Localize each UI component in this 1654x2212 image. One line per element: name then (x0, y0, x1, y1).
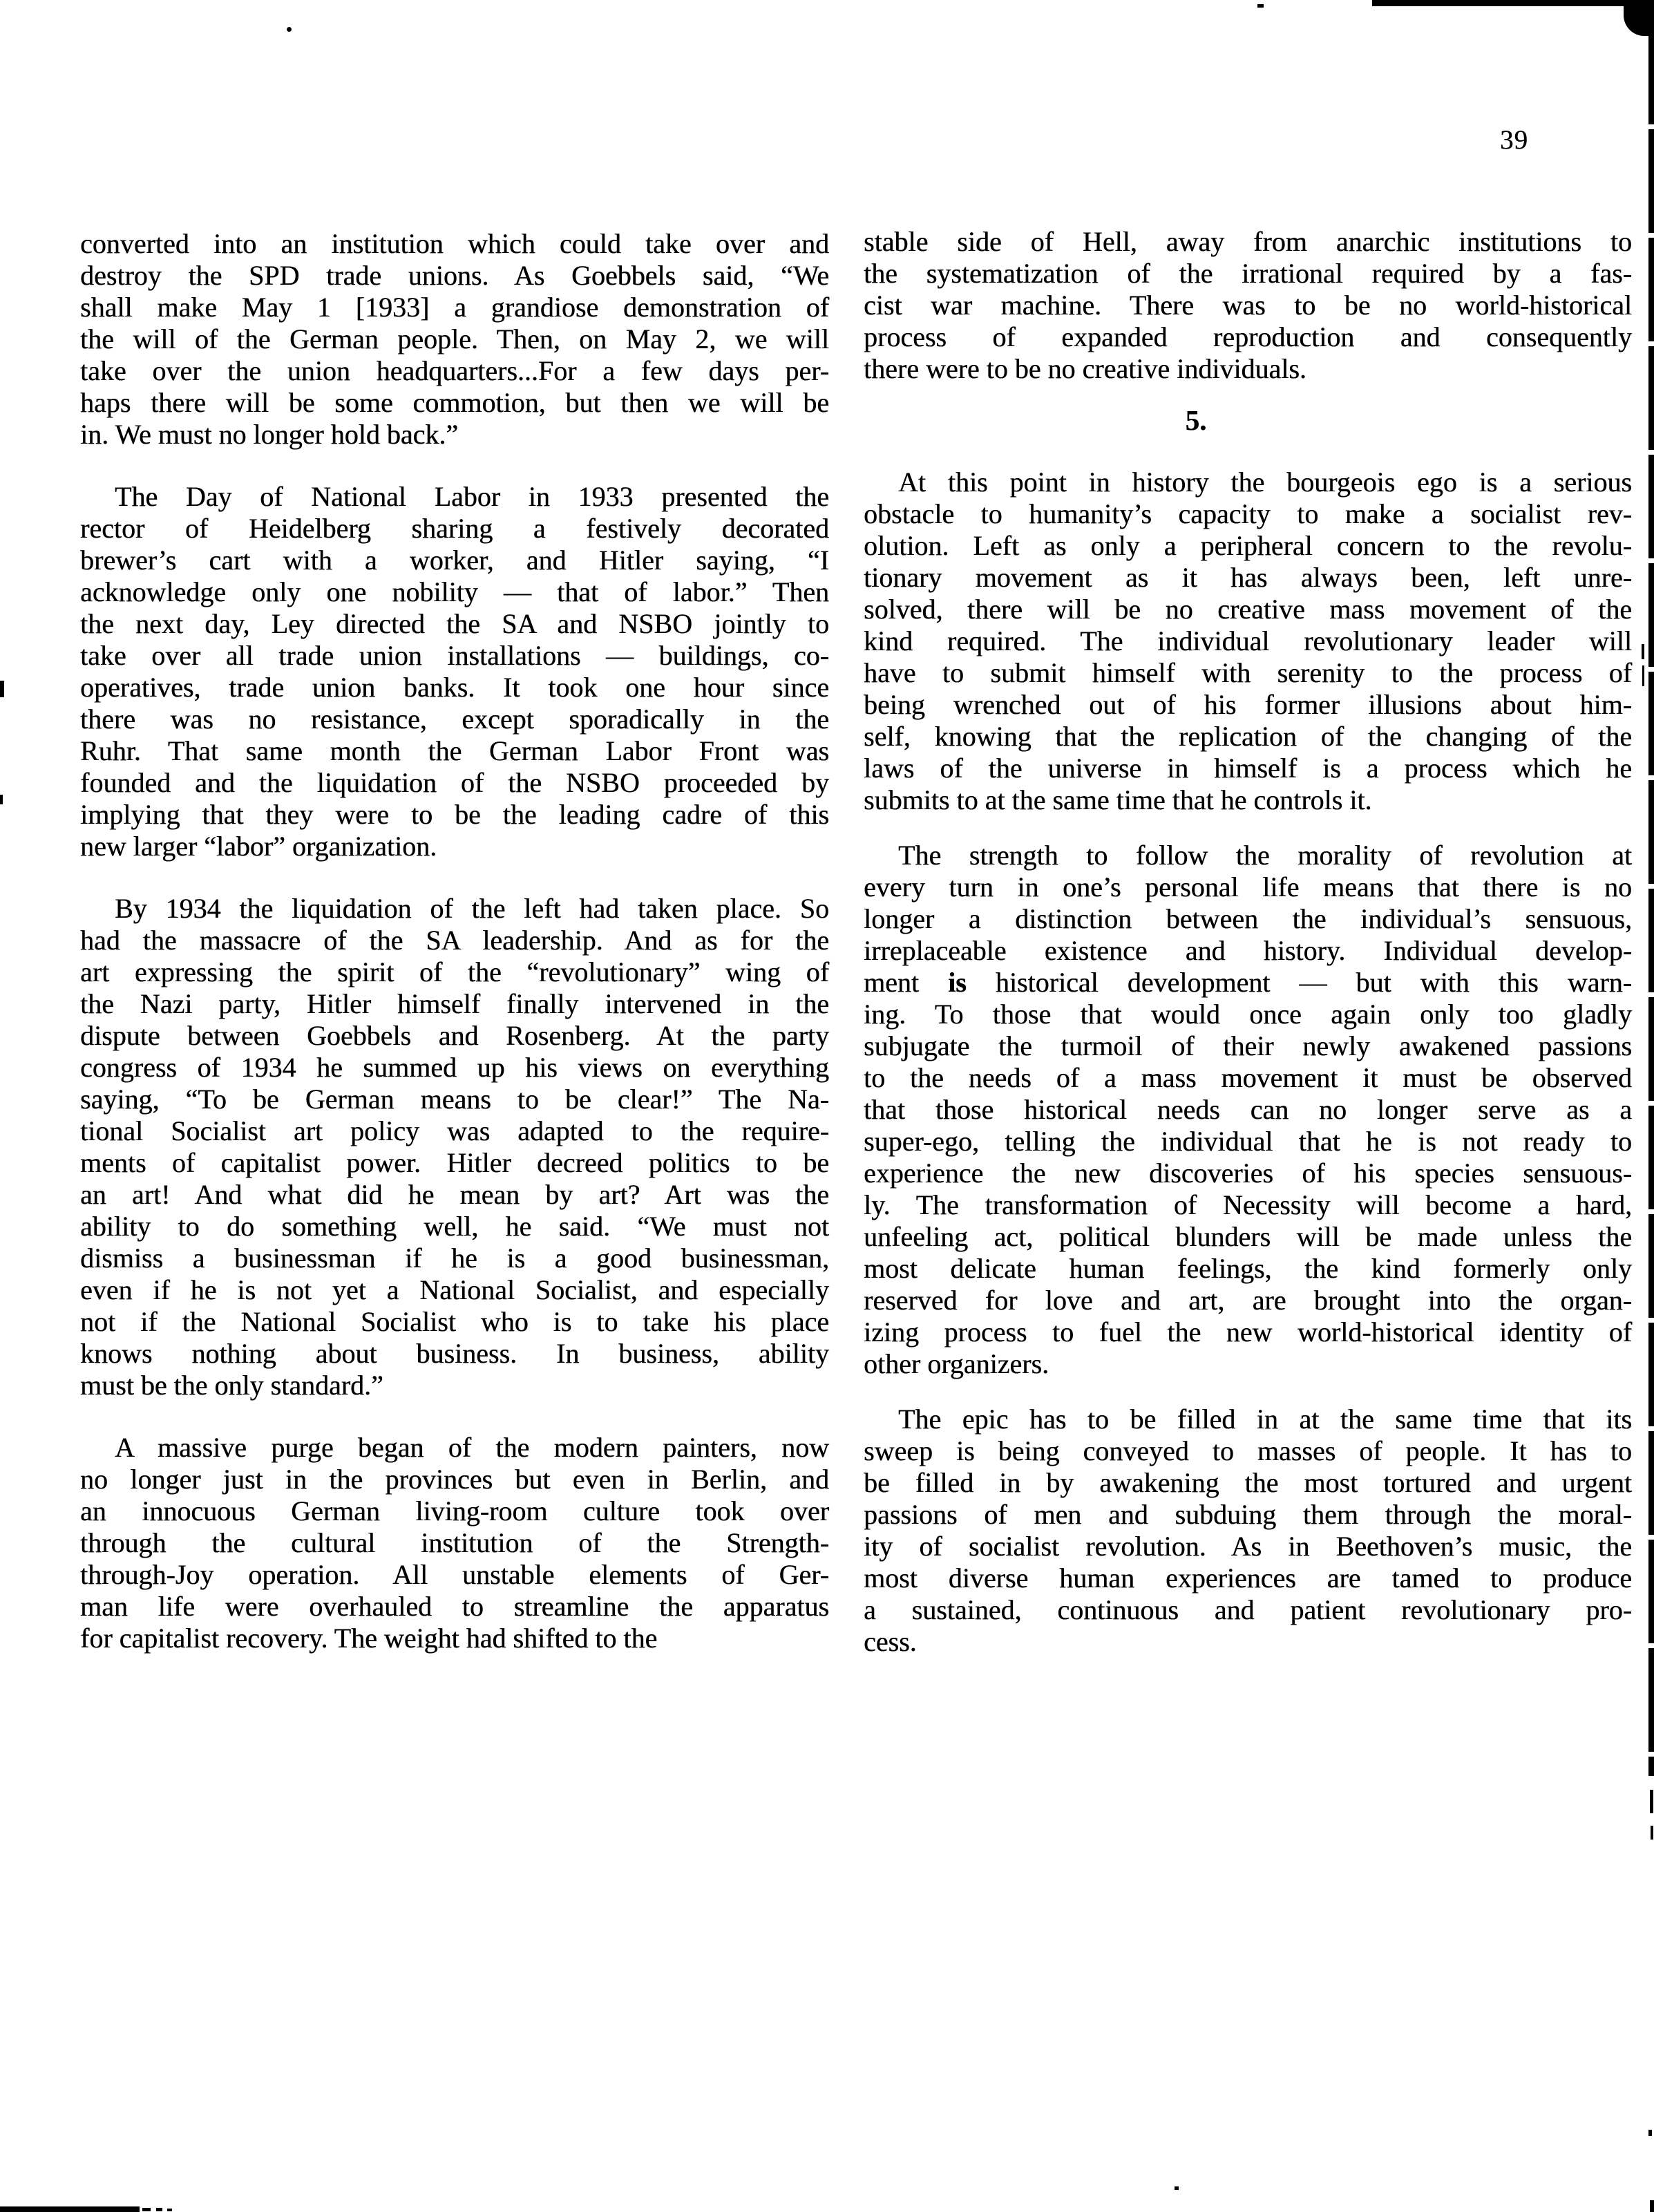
page-number: 39 (1465, 126, 1528, 154)
text-line: to the needs of a mass movement it must … (864, 1062, 1632, 1094)
text-line: submits to at the same time that he cont… (864, 784, 1632, 816)
scan-right-edge-speck (1648, 2130, 1652, 2136)
column-left: converted into an institution which coul… (80, 228, 829, 1654)
text-line: kind required. The individual revolution… (864, 625, 1632, 657)
text-line: not if the National Socialist who is to … (80, 1306, 829, 1338)
scan-speck (1175, 2186, 1179, 2190)
text-line: new larger “labor” organization. (80, 831, 829, 862)
bold-text-segment: is (948, 967, 967, 998)
text-line: being wrenched out of his former illusio… (864, 689, 1632, 721)
paragraph: stable side of Hell, away from anarchic … (864, 226, 1632, 385)
text-line: cist war machine. There was to be no wor… (864, 290, 1632, 321)
text-line: obstacle to humanity’s capacity to make … (864, 498, 1632, 530)
text-line: brewer’s cart with a worker, and Hitler … (80, 545, 829, 576)
text-line: congress of 1934 he summed up his views … (80, 1052, 829, 1084)
text-line: ing. To those that would once again only… (864, 999, 1632, 1030)
scan-right-edge-strip (1648, 21, 1654, 1776)
text-line: By 1934 the liquidation of the left had … (80, 893, 829, 925)
text-line: dispute between Goebbels and Rosenberg. … (80, 1020, 829, 1052)
text-line: dismiss a businessman if he is a good bu… (80, 1242, 829, 1274)
text-line: most delicate human feelings, the kind f… (864, 1253, 1632, 1285)
section-heading: 5. (864, 404, 1528, 436)
paragraph: A massive purge began of the modern pain… (80, 1432, 829, 1654)
text-line: tional Socialist art policy was adapted … (80, 1115, 829, 1147)
paragraph: The strength to follow the morality of r… (864, 840, 1632, 1380)
text-line: art expressing the spirit of the “revolu… (80, 956, 829, 988)
text-line: rector of Heidelberg sharing a festively… (80, 513, 829, 545)
text-line: operatives, trade union banks. It took o… (80, 672, 829, 703)
column-right-bottom: At this point in history the bourgeois e… (864, 466, 1632, 1658)
text-segment: historical development — but with this w… (967, 967, 1632, 998)
text-line: subjugate the turmoil of their newly awa… (864, 1030, 1632, 1062)
text-line: most diverse human experiences are tamed… (864, 1562, 1632, 1594)
paragraph: By 1934 the liquidation of the left had … (80, 893, 829, 1401)
text-line: reserved for love and art, are brought i… (864, 1285, 1632, 1316)
text-line: converted into an institution which coul… (80, 228, 829, 260)
text-line: an art! And what did he mean by art? Art… (80, 1179, 829, 1211)
text-line: the will of the German people. Then, on … (80, 323, 829, 355)
text-line: a sustained, continuous and patient revo… (864, 1594, 1632, 1626)
text-line: man life were overhauled to streamline t… (80, 1591, 829, 1623)
text-line: experience the new discoveries of his sp… (864, 1157, 1632, 1189)
text-line: other organizers. (864, 1348, 1632, 1380)
text-line: no longer just in the provinces but even… (80, 1464, 829, 1495)
text-line: even if he is not yet a National Sociali… (80, 1274, 829, 1306)
text-line: the next day, Ley directed the SA and NS… (80, 608, 829, 640)
text-line: tionary movement as it has always been, … (864, 562, 1632, 594)
text-line: there was no resistance, except sporadic… (80, 703, 829, 735)
scan-right-edge-dash (1650, 1790, 1653, 1813)
text-line: passions of men and subduing them throug… (864, 1499, 1632, 1531)
text-line: take over the union headquarters...For a… (80, 355, 829, 387)
paragraph: The Day of National Labor in 1933 presen… (80, 481, 829, 862)
text-line: an innocuous German living-room culture … (80, 1495, 829, 1527)
text-line: every turn in one’s personal life means … (864, 871, 1632, 903)
scan-top-edge-bar (1372, 0, 1654, 6)
scanned-page: { "page": { "number": "39" }, "theme": {… (0, 0, 1654, 2212)
text-line: self, knowing that the replication of th… (864, 721, 1632, 753)
scan-left-edge-speck (0, 681, 4, 697)
text-line: At this point in history the bourgeois e… (864, 466, 1632, 498)
scan-right-edge-dash (1651, 1826, 1653, 1840)
text-line: destroy the SPD trade unions. As Goebbel… (80, 260, 829, 292)
scan-speck (287, 27, 292, 32)
text-line: A massive purge began of the modern pain… (80, 1432, 829, 1464)
scan-bottom-right-corner-mark (1650, 2200, 1654, 2212)
text-line: through-Joy operation. All unstable elem… (80, 1559, 829, 1591)
text-line: in. We must no longer hold back.” (80, 419, 829, 451)
text-line: longer a distinction between the individ… (864, 903, 1632, 935)
text-line: sweep is being conveyed to masses of peo… (864, 1435, 1632, 1467)
text-line: ly. The transformation of Necessity will… (864, 1189, 1632, 1221)
text-line: knows nothing about business. In busines… (80, 1338, 829, 1370)
paragraph: At this point in history the bourgeois e… (864, 466, 1632, 816)
text-line: implying that they were to be the leadin… (80, 799, 829, 831)
text-line: izing process to fuel the new world-hist… (864, 1316, 1632, 1348)
paragraph: converted into an institution which coul… (80, 228, 829, 451)
text-line: The Day of National Labor in 1933 presen… (80, 481, 829, 513)
text-line: acknowledge only one nobility — that of … (80, 576, 829, 608)
scan-bottom-left-dash (142, 2208, 151, 2211)
text-line: saying, “To be German means to be clear!… (80, 1084, 829, 1115)
paragraph: The epic has to be filled in at the same… (864, 1403, 1632, 1658)
scan-bottom-left-dash (156, 2208, 162, 2211)
text-line: shall make May 1 [1933] a grandiose demo… (80, 292, 829, 323)
scan-bottom-left-dash (167, 2209, 172, 2211)
text-line: had the massacre of the SA leadership. A… (80, 925, 829, 956)
text-segment: ment (864, 967, 948, 998)
scan-right-edge-dash (1642, 644, 1644, 659)
scan-bottom-left-bar (0, 2206, 140, 2212)
text-line: there were to be no creative individuals… (864, 353, 1632, 385)
column-right: stable side of Hell, away from anarchic … (864, 226, 1632, 1658)
text-line: that those historical needs can no longe… (864, 1094, 1632, 1126)
text-line: unfeeling act, political blunders will b… (864, 1221, 1632, 1253)
text-line: ity of socialist revolution. As in Beeth… (864, 1531, 1632, 1562)
text-line: olution. Left as only a peripheral conce… (864, 530, 1632, 562)
text-line: solved, there will be no creative mass m… (864, 594, 1632, 625)
text-line: laws of the universe in himself is a pro… (864, 753, 1632, 784)
text-line: take over all trade union installations … (80, 640, 829, 672)
text-line: have to submit himself with serenity to … (864, 657, 1632, 689)
text-line: founded and the liquidation of the NSBO … (80, 767, 829, 799)
text-line: ability to do something well, he said. “… (80, 1211, 829, 1242)
text-line: process of expanded reproduction and con… (864, 321, 1632, 353)
text-line: ment is historical development — but wit… (864, 967, 1632, 999)
text-line: for capitalist recovery. The weight had … (80, 1623, 829, 1654)
scan-left-edge-speck (0, 795, 3, 804)
text-line: must be the only standard.” (80, 1370, 829, 1401)
column-right-top: stable side of Hell, away from anarchic … (864, 226, 1632, 385)
text-line: Ruhr. That same month the German Labor F… (80, 735, 829, 767)
text-line: be filled in by awakening the most tortu… (864, 1467, 1632, 1499)
text-line: the systematization of the irrational re… (864, 258, 1632, 290)
text-line: stable side of Hell, away from anarchic … (864, 226, 1632, 258)
text-line: The epic has to be filled in at the same… (864, 1403, 1632, 1435)
text-line: super-ego, telling the individual that h… (864, 1126, 1632, 1157)
text-line: The strength to follow the morality of r… (864, 840, 1632, 871)
text-line: irreplaceable existence and history. Ind… (864, 935, 1632, 967)
text-line: through the cultural institution of the … (80, 1527, 829, 1559)
text-line: ments of capitalist power. Hitler decree… (80, 1147, 829, 1179)
scan-speck (1257, 4, 1264, 8)
text-line: cess. (864, 1626, 1632, 1658)
scan-right-edge-dash (1642, 665, 1644, 686)
text-line: haps there will be some commotion, but t… (80, 387, 829, 419)
text-line: the Nazi party, Hitler himself finally i… (80, 988, 829, 1020)
